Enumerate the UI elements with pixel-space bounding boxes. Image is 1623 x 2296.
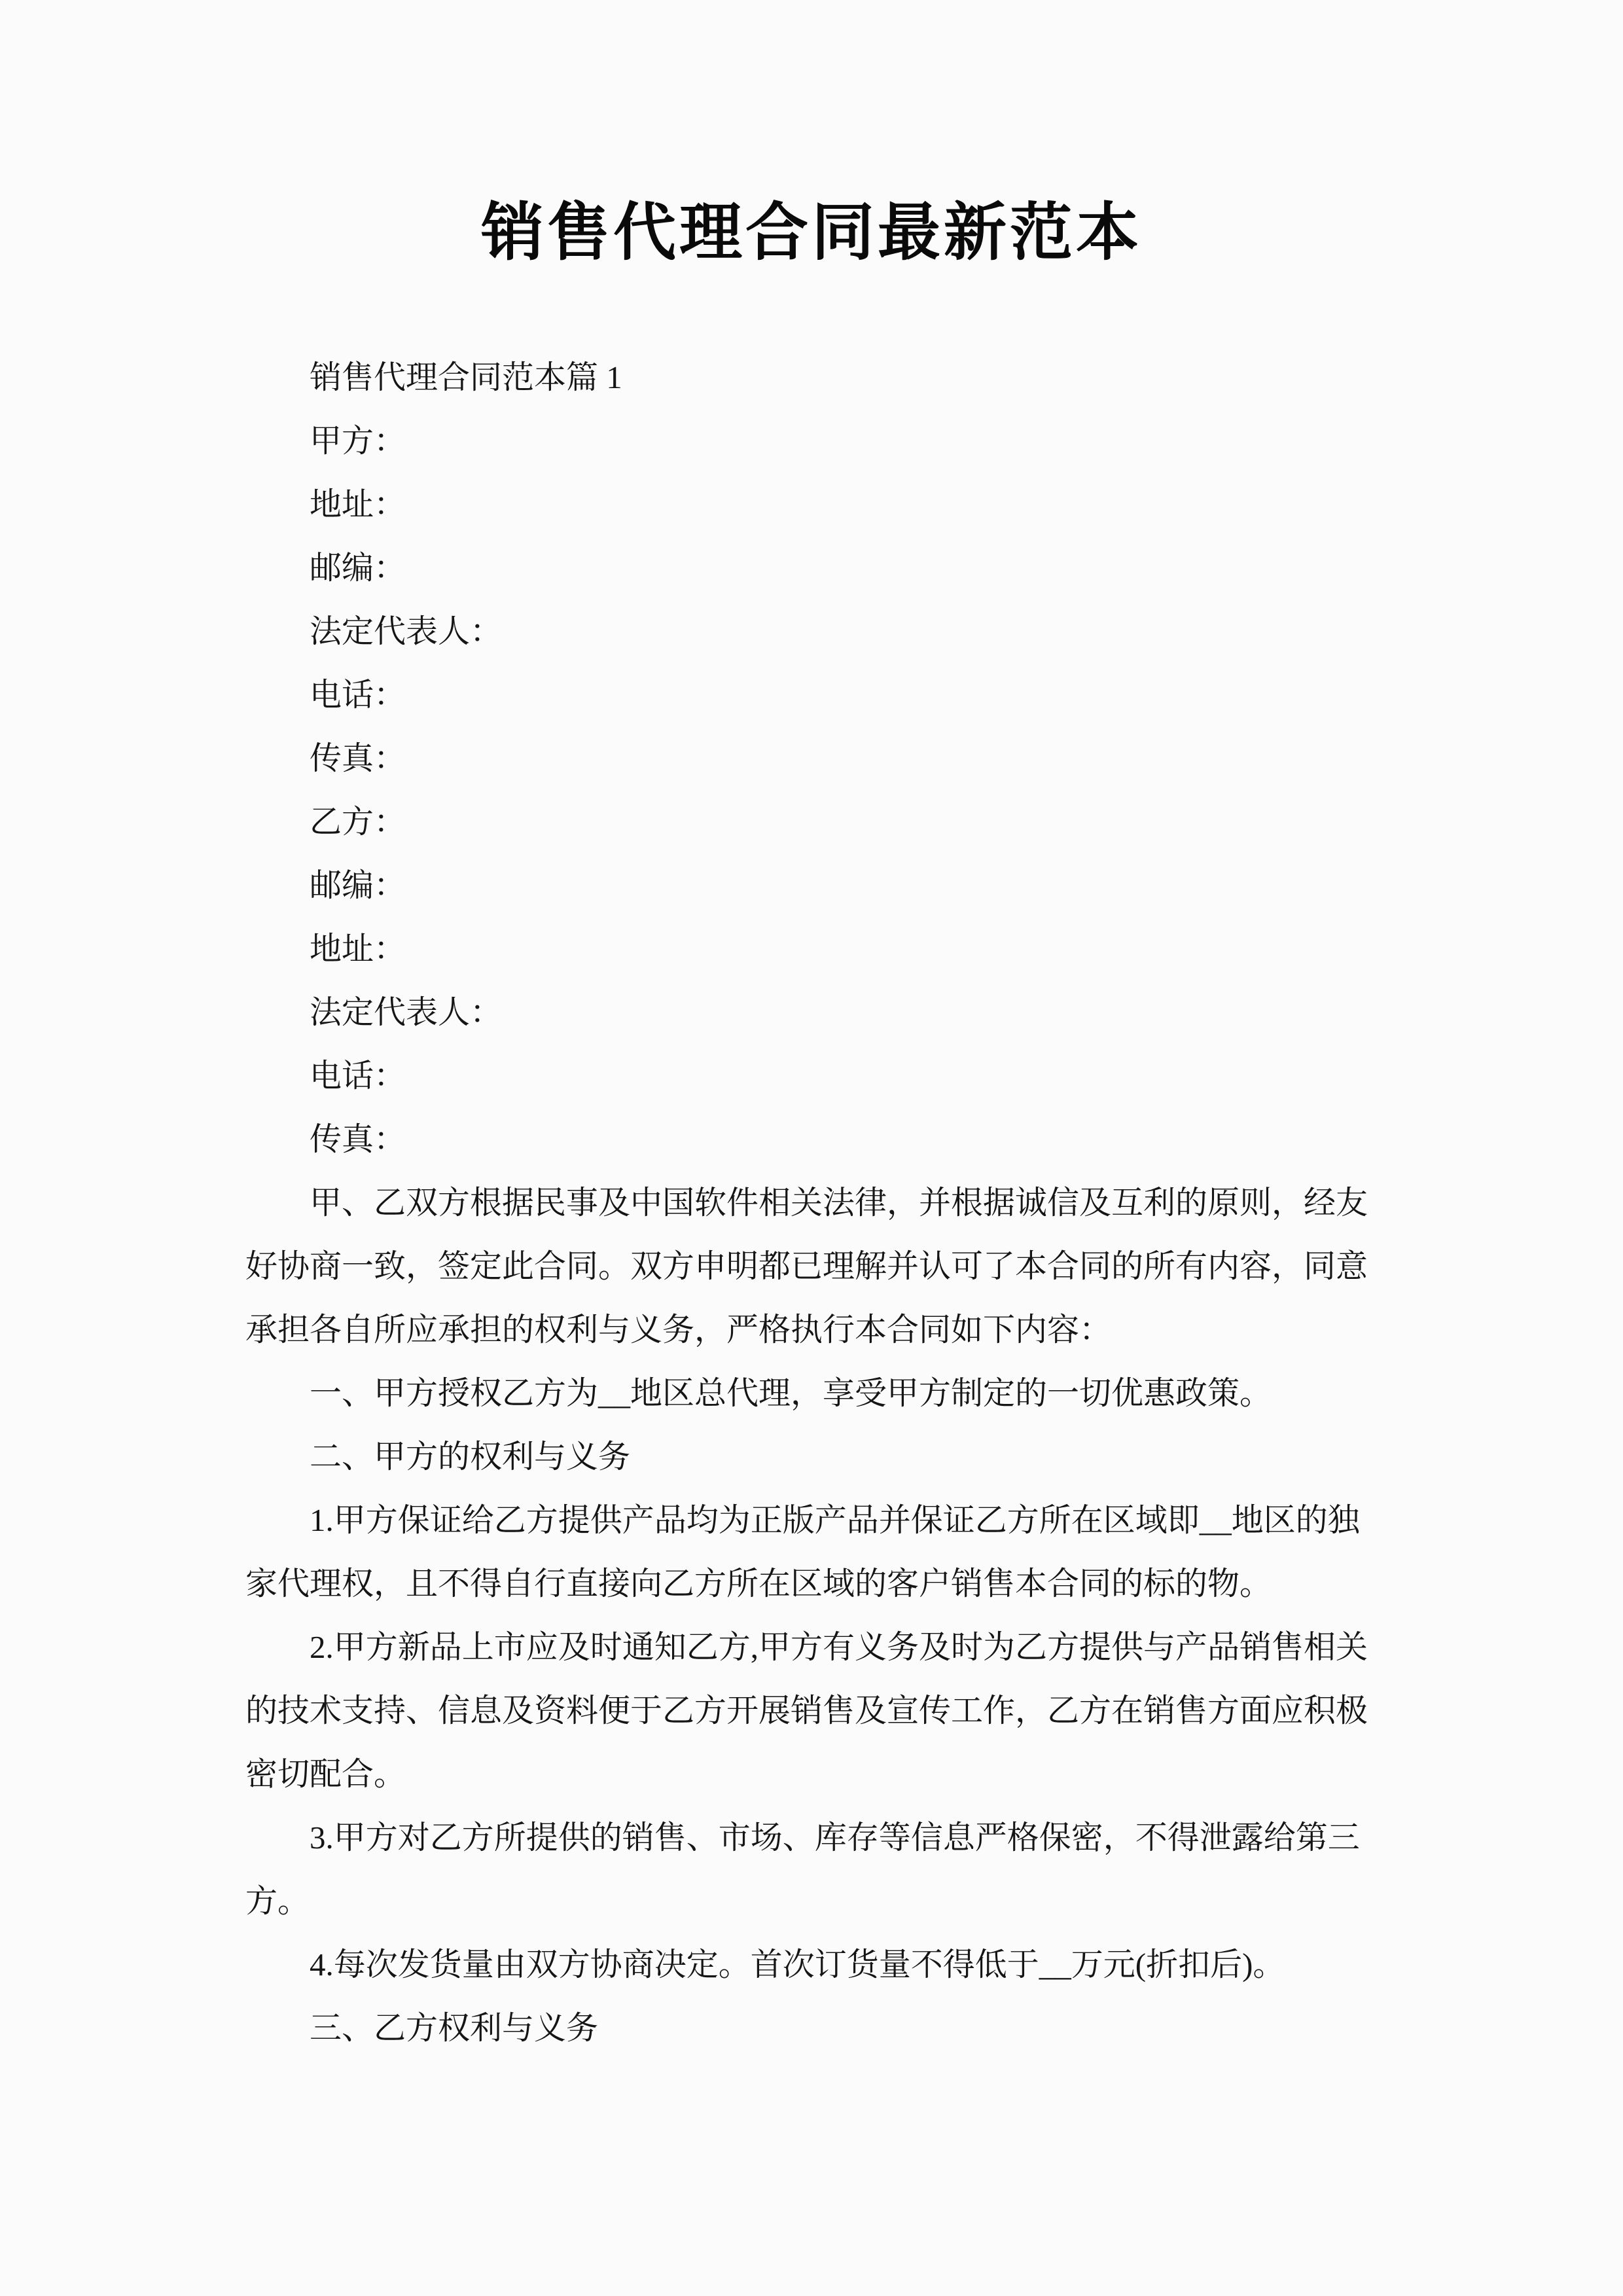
field-fax-b: 传真： <box>245 1107 1378 1171</box>
clause-2-item-3: 3.甲方对乙方所提供的销售、市场、库存等信息严格保密，不得泄露给第三方。 <box>245 1806 1378 1933</box>
clause-2-item-2: 2.甲方新品上市应及时通知乙方,甲方有义务及时为乙方提供与产品销售相关的技术支持… <box>245 1615 1378 1806</box>
field-zip-a: 邮编： <box>245 536 1378 600</box>
document-title: 销售代理合同最新范本 <box>0 200 1623 266</box>
field-address-b: 地址： <box>245 917 1378 980</box>
paragraph-preamble: 甲、乙双方根据民事及中国软件相关法律，并根据诚信及互利的原则，经友好协商一致，签… <box>245 1171 1378 1361</box>
clause-2-item-1: 1.甲方保证给乙方提供产品均为正版产品并保证乙方所在区域即__地区的独家代理权，… <box>245 1488 1378 1615</box>
field-zip-b: 邮编： <box>245 853 1378 917</box>
contract-document-page: 销售代理合同最新范本 销售代理合同范本篇 1 甲方： 地址： 邮编： 法定代表人… <box>0 0 1623 2296</box>
clause-2-heading: 二、甲方的权利与义务 <box>245 1425 1378 1488</box>
field-party-a: 甲方： <box>245 409 1378 473</box>
field-party-b: 乙方： <box>245 790 1378 853</box>
clause-2-item-4: 4.每次发货量由双方协商决定。首次订货量不得低于__万元(折扣后)。 <box>245 1933 1378 1996</box>
field-legal-rep-b: 法定代表人： <box>245 980 1378 1044</box>
document-body: 销售代理合同范本篇 1 甲方： 地址： 邮编： 法定代表人： 电话： 传真： 乙… <box>245 346 1378 2060</box>
clause-3-heading: 三、乙方权利与义务 <box>245 1996 1378 2060</box>
field-phone-b: 电话： <box>245 1044 1378 1107</box>
field-address-a: 地址： <box>245 473 1378 536</box>
field-legal-rep-a: 法定代表人： <box>245 600 1378 663</box>
field-phone-a: 电话： <box>245 663 1378 726</box>
clause-1: 一、甲方授权乙方为__地区总代理，享受甲方制定的一切优惠政策。 <box>245 1361 1378 1425</box>
field-fax-a: 传真： <box>245 726 1378 790</box>
section-heading: 销售代理合同范本篇 1 <box>245 346 1378 409</box>
